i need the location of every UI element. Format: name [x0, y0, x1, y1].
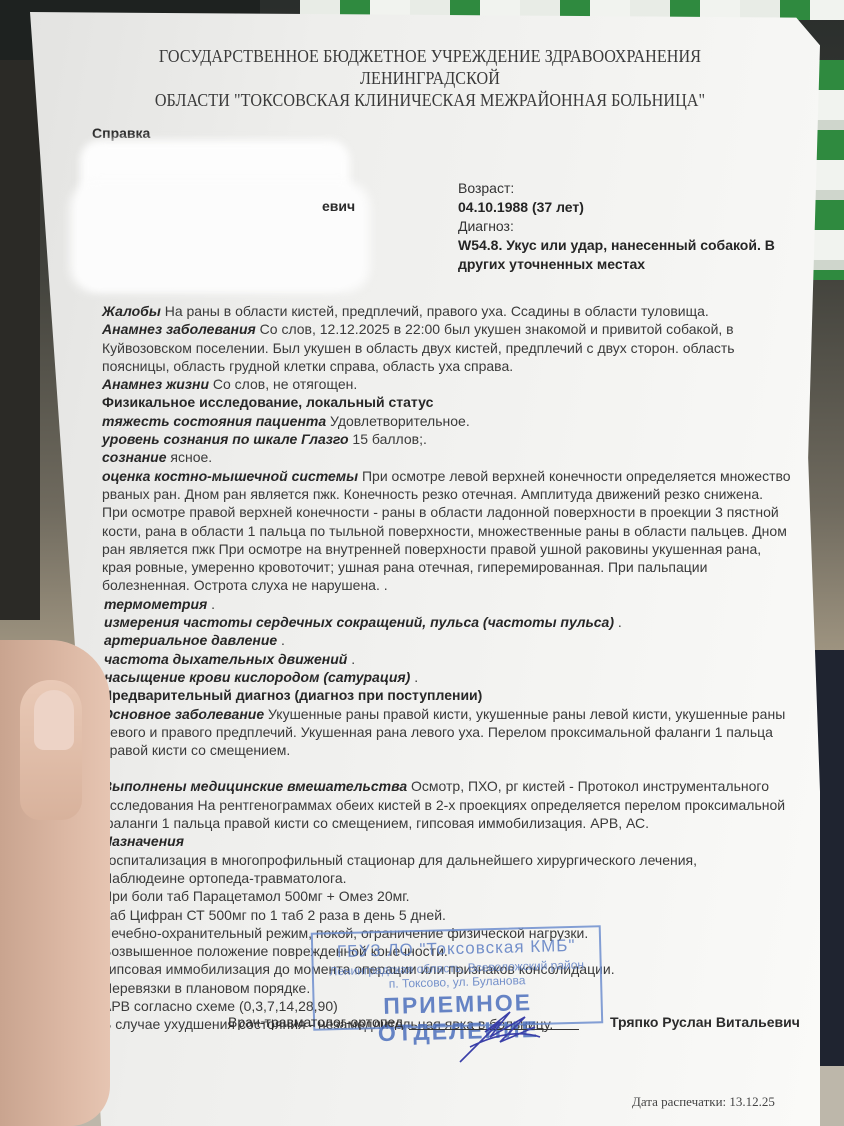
main-disease: Основное заболевание Укушенные раны прав… [102, 705, 792, 760]
vital-item: насыщение крови кислородом (сатурация) . [102, 668, 792, 686]
musculoskeletal: оценка костно-мышечной системы При осмот… [102, 467, 792, 595]
prescription-item: При боли таб Парацетамол 500мг + Омез 20… [102, 887, 792, 905]
interventions: Выполнены медицинские вмешательства Осмо… [102, 777, 792, 832]
vital-item: термометрия . [102, 595, 792, 613]
patient-name-tail: евич [322, 198, 355, 214]
severity: тяжесть состояния пациента Удовлетворите… [102, 412, 792, 430]
prescription-item: Наблюдеине ортопеда-травматолога. [102, 869, 792, 887]
age-value: 04.10.1988 (37 лет) [458, 198, 775, 217]
diagnosis-value-1: W54.8. Укус или удар, нанесенный собакой… [458, 236, 775, 255]
vital-item: артериальное давление . [102, 631, 792, 649]
life-anamnesis: Анамнез жизни Со слов, не отягощен. [102, 375, 792, 393]
exam-heading: Физикальное исследование, локальный стат… [102, 393, 792, 411]
medical-certificate-paper: ГОСУДАРСТВЕННОЕ БЮДЖЕТНОЕ УЧРЕЖДЕНИЕ ЗДР… [30, 12, 820, 1126]
consciousness: сознание ясное. [102, 448, 792, 466]
background-left [0, 60, 40, 620]
vitals-list: термометрия . измерения частоты сердечны… [102, 595, 792, 686]
age-label: Возраст: [458, 179, 775, 198]
doctor-role: Врач-травматолог-ортопед [228, 1014, 403, 1030]
prescription-item: Таб Цифран СТ 500мг по 1 таб 2 раза в де… [102, 906, 792, 924]
diagnosis-value-2: других уточненных местах [458, 255, 775, 274]
anamnesis: Анамнез заболевания Со слов, 12.12.2025 … [102, 320, 792, 375]
handwritten-signature [440, 992, 550, 1072]
document-type: Справка [92, 125, 150, 141]
diagnosis-label: Диагноз: [458, 217, 775, 236]
patient-info: Возраст: 04.10.1988 (37 лет) Диагноз: W5… [458, 179, 775, 274]
header-line-1: ГОСУДАРСТВЕННОЕ БЮДЖЕТНОЕ УЧРЕЖДЕНИЕ ЗДР… [90, 45, 771, 89]
institution-header: ГОСУДАРСТВЕННОЕ БЮДЖЕТНОЕ УЧРЕЖДЕНИЕ ЗДР… [90, 45, 771, 111]
prescription-item: Госпитализация в многопрофильный стацион… [102, 851, 792, 869]
vital-item: частота дыхательных движений . [102, 650, 792, 668]
prelim-diagnosis-heading: Предварительный диагноз (диагноз при пос… [102, 686, 792, 704]
doctor-name: Тряпко Руслан Витальевич [610, 1014, 800, 1030]
header-line-2: ОБЛАСТИ "ТОКСОВСКАЯ КЛИНИЧЕСКАЯ МЕЖРАЙОН… [90, 89, 771, 111]
prescriptions-heading: Назначения [102, 832, 792, 850]
complaints: Жалобы На раны в области кистей, предпле… [102, 302, 792, 320]
thumbnail [34, 690, 74, 750]
glasgow: уровень сознания по шкале Глазго 15 балл… [102, 430, 792, 448]
print-date: Дата распечатки: 13.12.25 [632, 1094, 775, 1110]
vital-item: измерения частоты сердечных сокращений, … [102, 613, 792, 631]
document-body: Жалобы На раны в области кистей, предпле… [102, 302, 792, 1034]
